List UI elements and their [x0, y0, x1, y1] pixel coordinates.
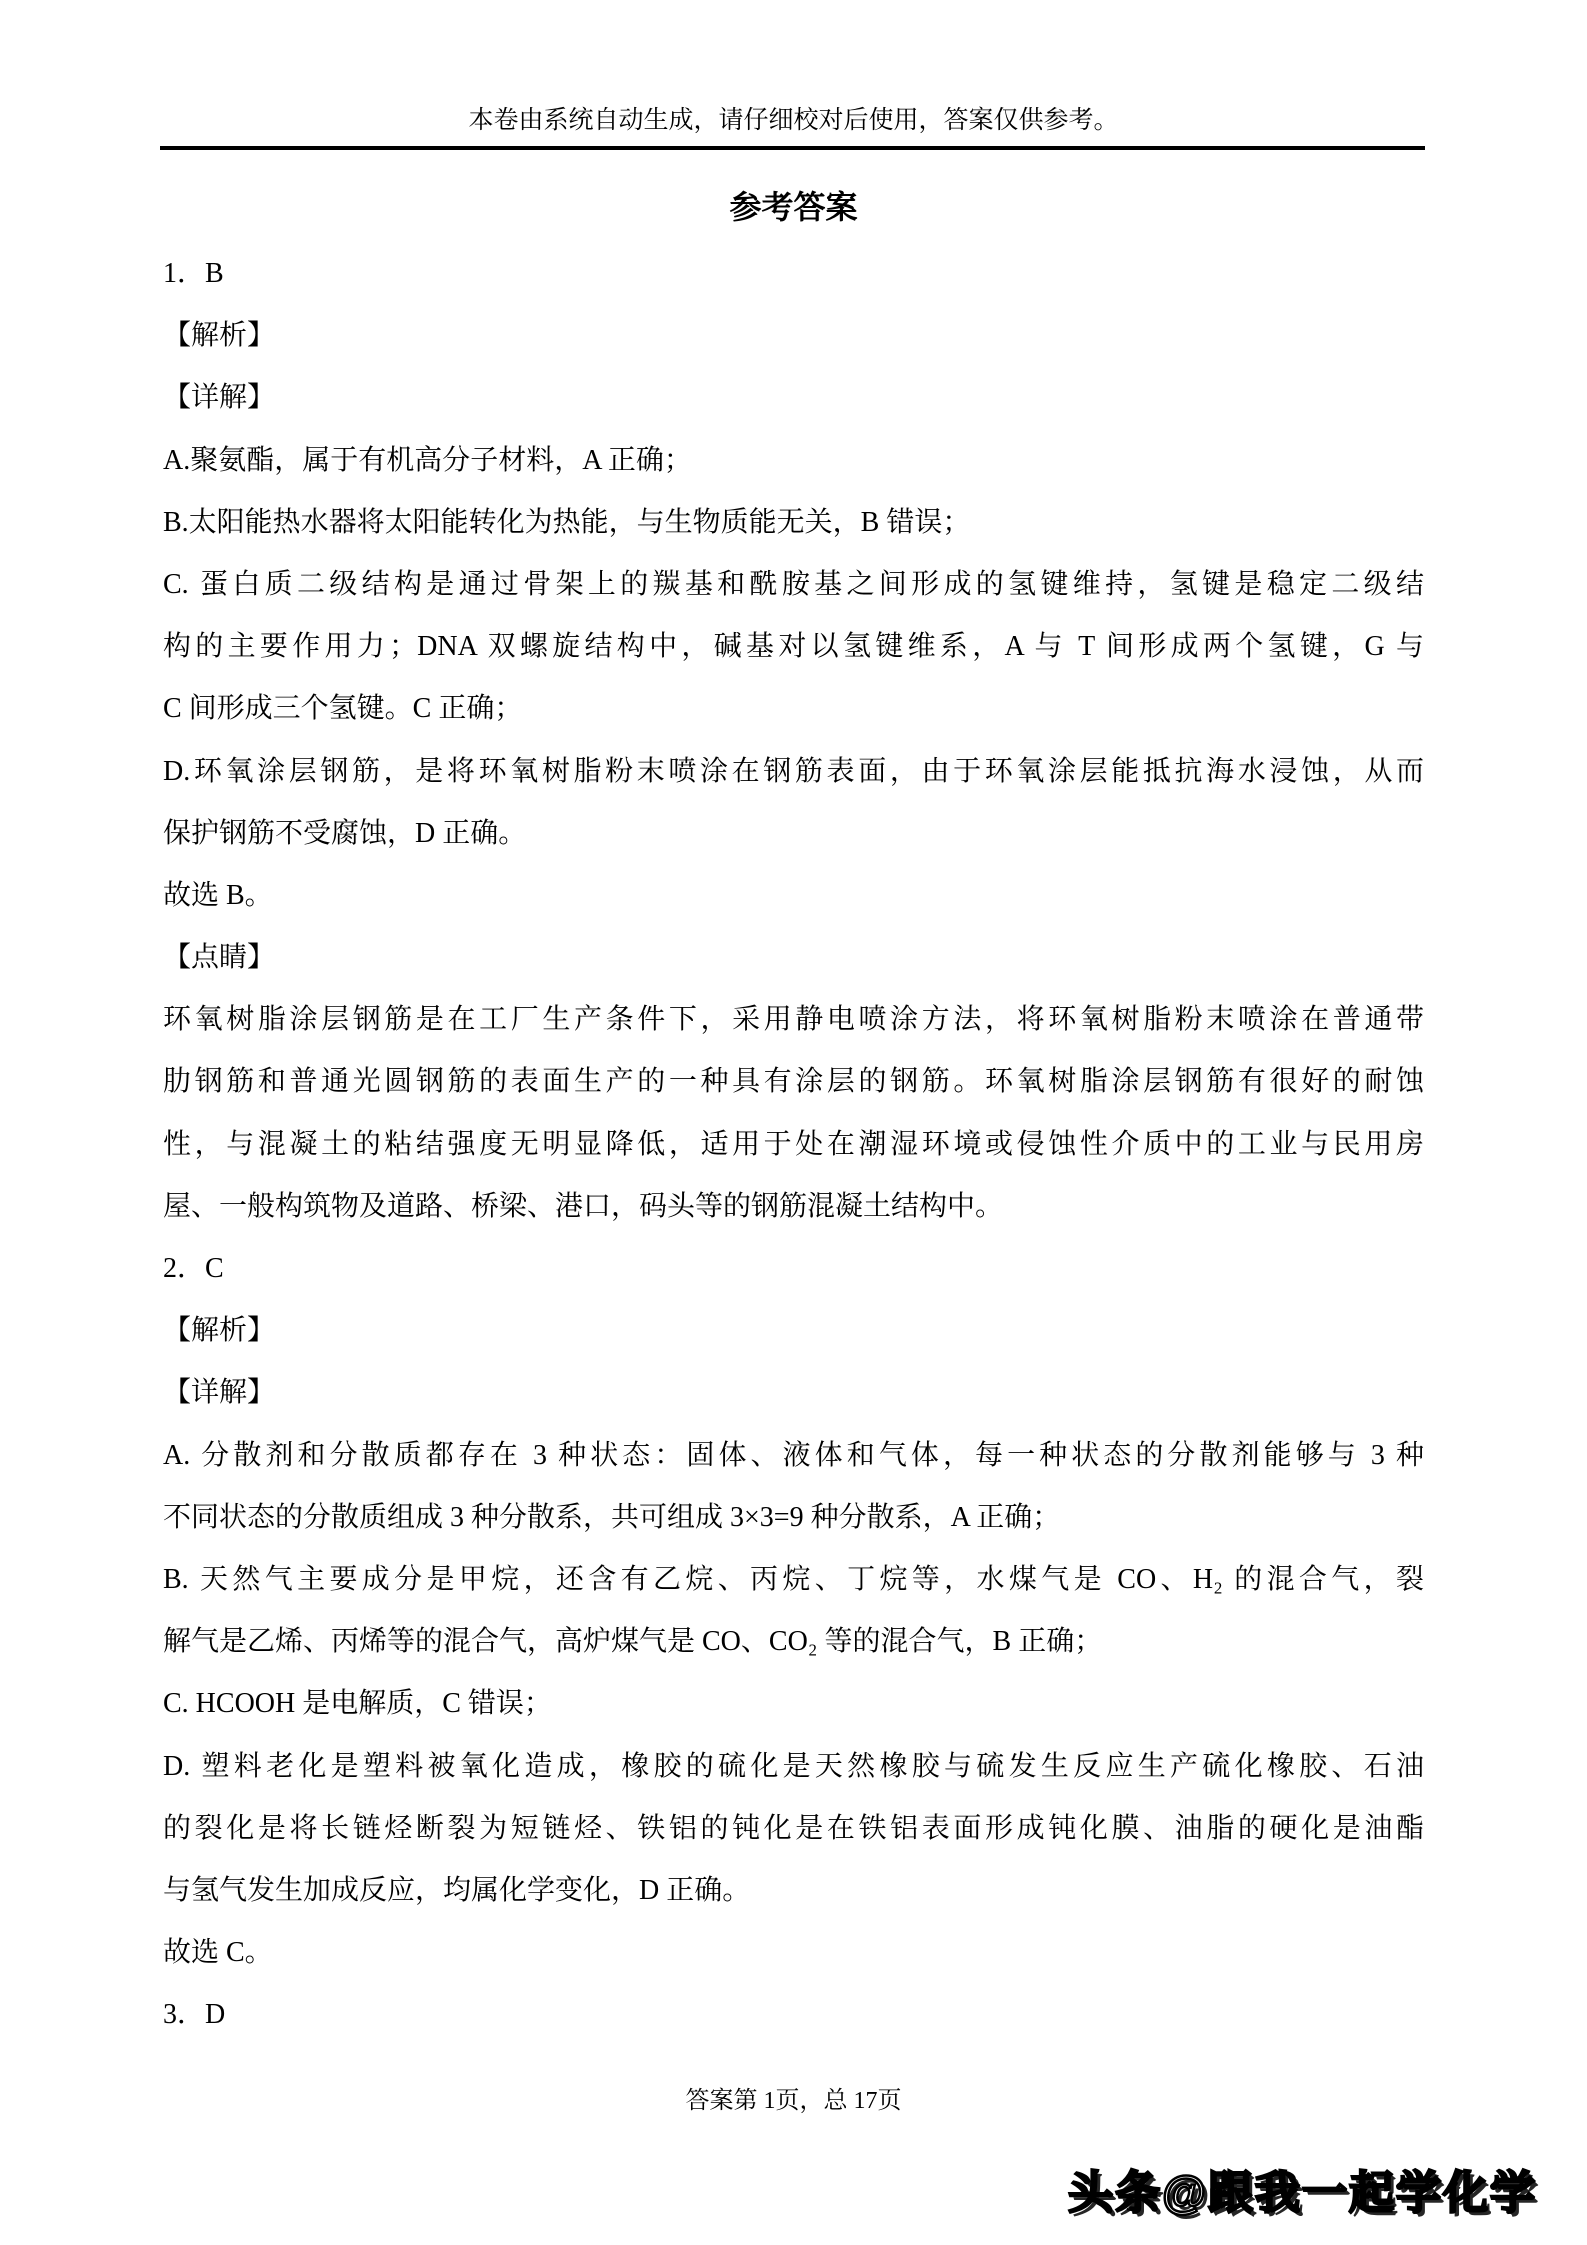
text-line: 与氢气发生加成反应，均属化学变化，D 正确。 [163, 1860, 1424, 1922]
text-line: 【解析】 [163, 1300, 1424, 1362]
text-line: D. 塑料老化是塑料被氧化造成，橡胶的硫化是天然橡胶与硫发生反应生产硫化橡胶、石… [163, 1736, 1424, 1798]
toutiao-watermark: 头条@跟我一起学化学 [1068, 2156, 1537, 2221]
page-title: 参考答案 [0, 182, 1587, 228]
text-line: 解气是乙烯、丙烯等的混合气，高炉煤气是 CO、CO₂ 等的混合气，B 正确； [163, 1611, 1424, 1673]
text-line: 3．D [163, 1984, 1424, 2046]
text-line: B.太阳能热水器将太阳能转化为热能，与生物质能无关，B 错误； [163, 492, 1424, 554]
text-line: 屋、一般构筑物及道路、桥梁、港口，码头等的钢筋混凝土结构中。 [163, 1176, 1424, 1238]
text-line: 故选 C。 [163, 1922, 1424, 1984]
text-line: 【详解】 [163, 1362, 1424, 1424]
text-line: 1．B [163, 243, 1424, 305]
text-line: 【详解】 [163, 367, 1424, 429]
header-divider-line [160, 146, 1425, 150]
text-line: A.聚氨酯，属于有机高分子材料，A 正确； [163, 430, 1424, 492]
text-line: C 间形成三个氢键。C 正确； [163, 678, 1424, 740]
answers-body: 1．B【解析】【详解】A.聚氨酯，属于有机高分子材料，A 正确；B.太阳能热水器… [163, 243, 1424, 2046]
text-line: 肋钢筋和普通光圆钢筋的表面生产的一种具有涂层的钢筋。环氧树脂涂层钢筋有很好的耐蚀 [163, 1051, 1424, 1113]
text-line: 故选 B。 [163, 865, 1424, 927]
text-line: 保护钢筋不受腐蚀，D 正确。 [163, 803, 1424, 865]
text-line: C. 蛋白质二级结构是通过骨架上的羰基和酰胺基之间形成的氢键维持，氢键是稳定二级… [163, 554, 1424, 616]
text-line: 环氧树脂涂层钢筋是在工厂生产条件下，采用静电喷涂方法，将环氧树脂粉末喷涂在普通带 [163, 989, 1424, 1051]
text-line: 【解析】 [163, 305, 1424, 367]
text-line: B. 天然气主要成分是甲烷，还含有乙烷、丙烷、丁烷等，水煤气是 CO、H₂ 的混… [163, 1549, 1424, 1611]
page-number-footer: 答案第 1页，总 17页 [0, 2080, 1587, 2115]
text-line: A. 分散剂和分散质都存在 3 种状态：固体、液体和气体，每一种状态的分散剂能够… [163, 1425, 1424, 1487]
text-line: 【点睛】 [163, 927, 1424, 989]
text-line: C. HCOOH 是电解质，C 错误； [163, 1673, 1424, 1735]
text-line: 的裂化是将长链烃断裂为短链烃、铁铝的钝化是在铁铝表面形成钝化膜、油脂的硬化是油酯 [163, 1798, 1424, 1860]
text-line: 不同状态的分散质组成 3 种分散系，共可组成 3×3=9 种分散系，A 正确； [163, 1487, 1424, 1549]
auto-generated-notice: 本卷由系统自动生成，请仔细校对后使用，答案仅供参考。 [0, 104, 1587, 138]
text-line: 2．C [163, 1238, 1424, 1300]
text-line: 性，与混凝土的粘结强度无明显降低，适用于处在潮湿环境或侵蚀性介质中的工业与民用房 [163, 1114, 1424, 1176]
text-line: 构的主要作用力；DNA 双螺旋结构中，碱基对以氢键维系，A 与 T 间形成两个氢… [163, 616, 1424, 678]
text-line: D.环氧涂层钢筋，是将环氧树脂粉末喷涂在钢筋表面，由于环氧涂层能抵抗海水浸蚀，从… [163, 741, 1424, 803]
answer-sheet-page: 本卷由系统自动生成，请仔细校对后使用，答案仅供参考。 参考答案 1．B【解析】【… [0, 0, 1587, 2245]
